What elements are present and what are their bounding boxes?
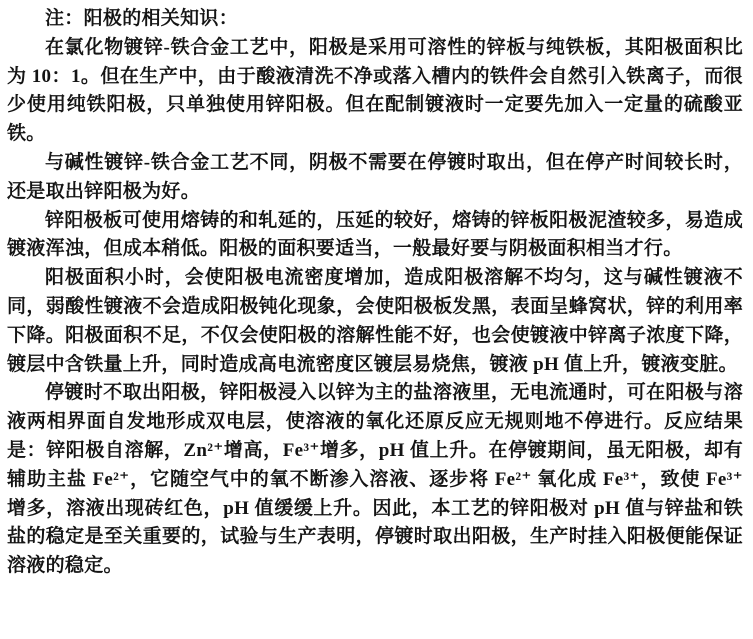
note-heading: 注：阳极的相关知识： (7, 5, 743, 34)
document-page: 注：阳极的相关知识： 在氯化物镀锌-铁合金工艺中，阳极是采用可溶性的锌板与纯铁板… (0, 0, 753, 639)
paragraph-idle-plating: 停镀时不取出阳极，锌阳极浸入以锌为主的盐溶液里，无电流通时，可在阳极与溶液两相界… (7, 379, 743, 581)
paragraph-cathode-removal: 与碱性镀锌-铁合金工艺不同，阴极不需要在停镀时取出，但在停产时间较长时，还是取出… (7, 149, 743, 207)
paragraph-zinc-anode-plate: 锌阳极板可使用熔铸的和轧延的，压延的较好，熔铸的锌板阳极泥渣较多，易造成镀液浑浊… (7, 207, 743, 265)
paragraph-anode-materials: 在氯化物镀锌-铁合金工艺中，阳极是采用可溶性的锌板与纯铁板，其阳极面积比为 10… (7, 34, 743, 149)
paragraph-anode-area: 阳极面积小时，会使阳极电流密度增加，造成阳极溶解不均匀，这与碱性镀液不同，弱酸性… (7, 264, 743, 379)
